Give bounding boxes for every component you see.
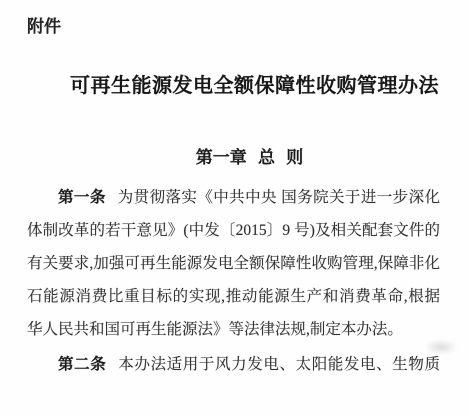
article-2-line-1: 第二条本办法适用于风力发电、太阳能发电、生物质能发	[27, 348, 440, 381]
attachment-label: 附件	[27, 16, 469, 38]
article-1-line-2: 体制改革的若干意见》(中发〔2015〕9 号)及相关配套文件的	[27, 214, 440, 247]
document-page: 附件 可再生能源发电全额保障性收购管理办法 第一章 总 则 第一条为贯彻落实《中…	[0, 0, 469, 416]
document-title: 可再生能源发电全额保障性收购管理办法	[40, 73, 469, 99]
document-body: 第一条为贯彻落实《中共中央 国务院关于进一步深化电力 体制改革的若干意见》(中发…	[27, 181, 440, 381]
article-1-line-1: 第一条为贯彻落实《中共中央 国务院关于进一步深化电力	[27, 181, 440, 214]
chapter-heading: 第一章 总 则	[30, 146, 469, 170]
article-1-line-4: 石能源消费比重目标的实现,推动能源生产和消费革命,根据《中	[27, 280, 440, 313]
article-1-line-3: 有关要求,加强可再生能源发电全额保障性收购管理,保障非化	[27, 247, 440, 280]
article-2-number: 第二条	[58, 356, 106, 373]
article-1-line-5: 华人民共和国可再生能源法》等法律法规,制定本办法。	[27, 313, 440, 346]
article-1-number: 第一条	[58, 189, 106, 206]
